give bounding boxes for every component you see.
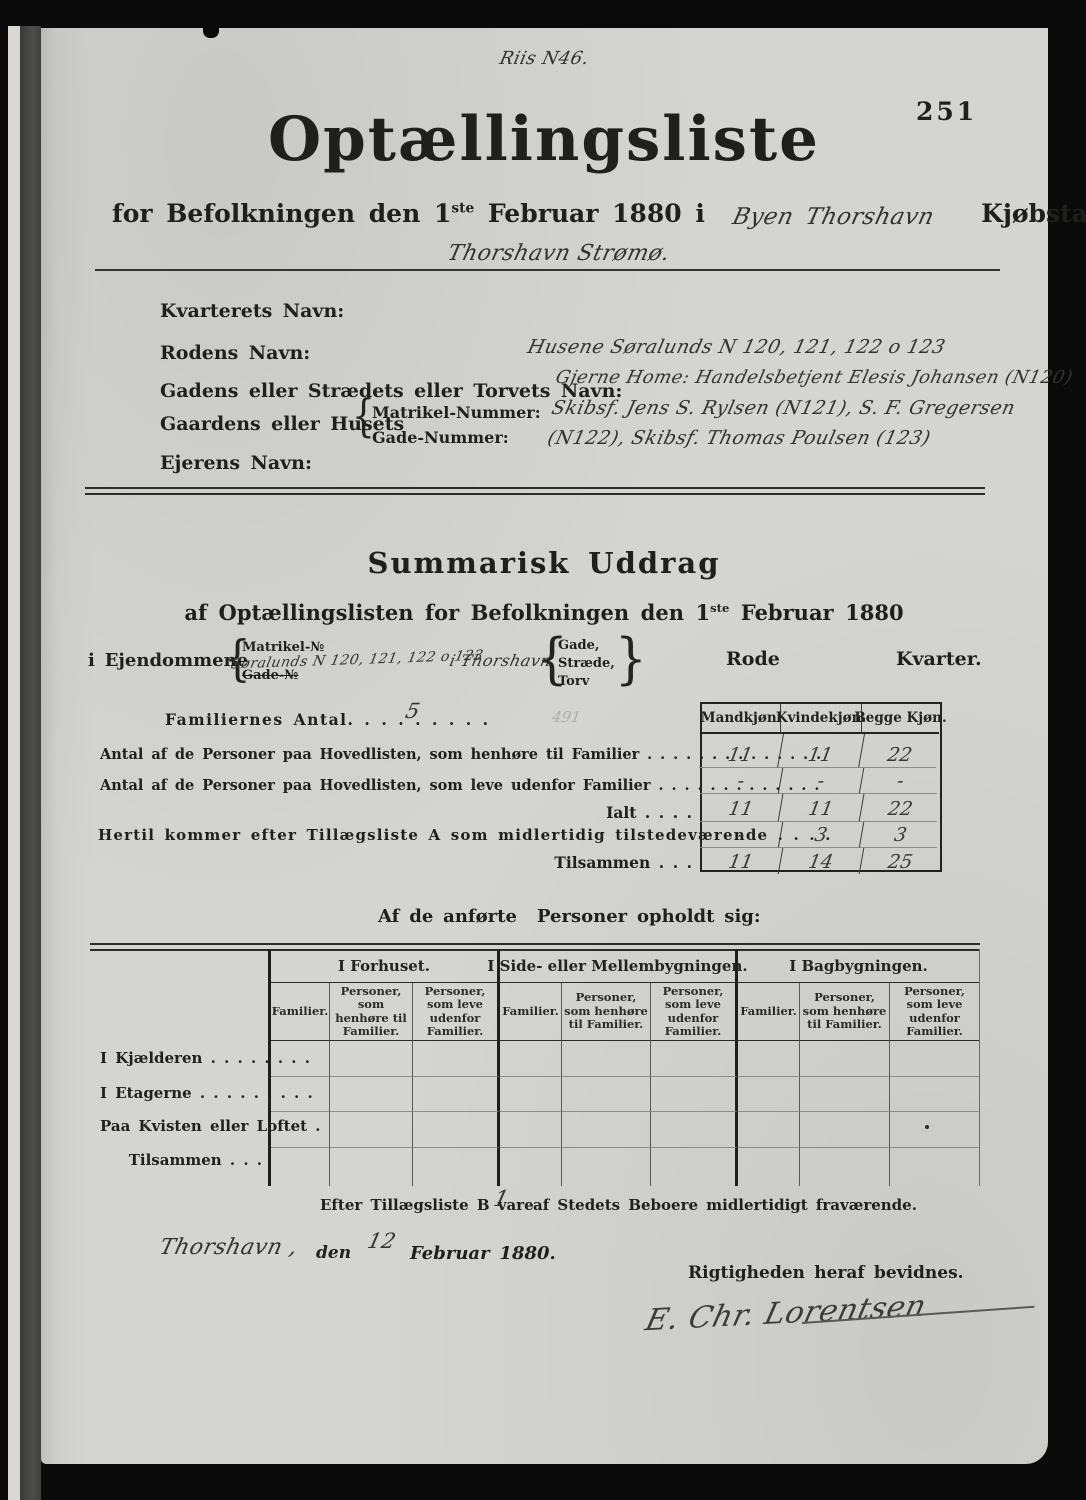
empty-cell <box>651 1041 738 1077</box>
row-familiernes-antal: Familiernes Antal. . . . . . . . . <box>165 710 490 729</box>
col-header-begge-kjoen: Begge Kjøn. <box>862 704 939 734</box>
bleed-through-mark: 491 <box>550 708 582 726</box>
empty-cell <box>500 1041 562 1077</box>
empty-cell <box>738 1148 800 1186</box>
empty-cell <box>890 1077 979 1112</box>
address-handwriting-line1: Husene Søralunds N 120, 121, 122 o 123 <box>525 336 947 358</box>
row-ialt: Ialt . . . . <box>540 803 692 822</box>
empty-cell <box>562 1077 651 1112</box>
brace-item-torv: Torv <box>558 673 615 691</box>
brace-item-straede: Stræde, <box>558 655 615 673</box>
table-cell: - <box>700 822 784 848</box>
table-cell: 22 <box>860 794 942 822</box>
subcol-familier: Familier. <box>738 983 800 1041</box>
empty-cell <box>738 1112 800 1148</box>
attestation-text: Rigtigheden heraf bevidnes. <box>688 1263 964 1283</box>
table-cell: 11 <box>700 794 784 822</box>
header-rule <box>95 269 1000 271</box>
table-cell: - <box>860 768 942 794</box>
subtitle-line: for Befolkningen den 1ste Februar 1880 i… <box>112 199 1086 228</box>
empty-cell <box>413 1112 500 1148</box>
table-cell: - <box>700 768 784 794</box>
empty-cell <box>890 1112 979 1148</box>
empty-cell <box>500 1112 562 1148</box>
label-februar-1880: Februar 1880. <box>410 1243 556 1264</box>
table-cell: 11 <box>778 734 865 768</box>
section-divider-rule <box>85 487 985 495</box>
subtitle-pre: for Befolkningen den 1 <box>112 199 451 228</box>
empty-cell <box>738 1077 800 1112</box>
table-cell: 14 <box>779 848 865 874</box>
empty-cell <box>330 1041 413 1077</box>
summary-sub-pre: af Optællingslisten for Befolkningen den… <box>184 600 710 625</box>
book-binding-dark-strip <box>20 26 41 1500</box>
subtitle-mid: Februar 1880 i <box>474 199 705 228</box>
gade-braace-list: Gade, Stræde, Torv <box>558 637 615 691</box>
address-handwriting-line2: Gjerne Home: Handelsbetjent Elesis Johan… <box>554 367 1075 388</box>
label-rode: Rode <box>726 648 780 670</box>
table-cell: - <box>779 768 865 794</box>
form-title: Optællingsliste <box>40 104 1048 175</box>
scan-edge-artifact <box>203 26 219 38</box>
empty-cell <box>330 1112 413 1148</box>
subcol-familier: Familier. <box>271 983 330 1041</box>
place-handwriting: Thorshavn Strømø. <box>445 241 672 266</box>
ophold-line-b: Personer opholdt sig: <box>537 906 761 927</box>
archival-note-handwriting: Riis N46. <box>498 48 592 69</box>
address-handwriting-line3: Skibsf. Jens S. Rylsen (N121), S. F. Gre… <box>549 397 1017 419</box>
empty-cell <box>562 1041 651 1077</box>
empty-cell <box>413 1041 500 1077</box>
row-label-tilsammen: Tilsammen . . . <box>120 1151 262 1169</box>
empty-cell <box>271 1148 330 1186</box>
ophold-line-a: Af de anførte <box>378 906 517 927</box>
census-form-scan: Riis N46. 251 Optællingsliste for Befolk… <box>0 0 1086 1500</box>
address-handwriting-line4: (N122), Skibsf. Thomas Poulsen (123) <box>545 427 932 449</box>
group-header-mellembygningen: I Side- eller Mellembygningen. <box>500 949 738 983</box>
empty-cell <box>562 1112 651 1148</box>
empty-cell <box>890 1041 979 1077</box>
empty-cell <box>800 1077 890 1112</box>
label-gade-nummer: Gade-Nummer: <box>372 428 509 447</box>
empty-cell <box>500 1077 562 1112</box>
label-matrikel-nummer: Matrikel-Nummer: <box>372 403 541 422</box>
summary-sub-post: Februar 1880 <box>729 600 903 625</box>
empty-cell <box>562 1148 651 1186</box>
label-kvarterets-navn: Kvarterets Navn: <box>160 300 344 322</box>
summary-sub-ordinal: ste <box>710 601 729 615</box>
gade-close-brace: } <box>615 627 647 691</box>
label-ejerens-navn: Ejerens Navn: <box>160 452 312 474</box>
subcol-udenfor: Personer, som leve udenfor Familier. <box>413 983 500 1041</box>
summary-heading: Summarisk Uddrag <box>40 546 1048 580</box>
table-cell: 3 <box>860 822 942 848</box>
book-binding-light-strip <box>8 26 20 1500</box>
table-cell: 25 <box>860 848 942 874</box>
summary-table: Mandkjøn. Kvindekjøn. Begge Kjøn. 11 11 … <box>700 702 942 872</box>
row-label-kjaelderen: I Kjælderen . . . . . . . . <box>100 1049 310 1067</box>
table-cell: 11 <box>779 794 865 822</box>
subcol-henhoere: Personer, som henhøre til Familier. <box>330 983 413 1041</box>
table-cell: 11 <box>699 734 784 768</box>
row-label-kvisten-loftet: Paa Kvisten eller Loftet . <box>100 1117 321 1135</box>
tillaeg-b-post: af Stedets Beboere midlertidigt fraværen… <box>533 1196 917 1214</box>
group-header-forhuset: I Forhuset. <box>271 949 500 983</box>
empty-cell <box>413 1077 500 1112</box>
empty-cell <box>800 1041 890 1077</box>
empty-cell <box>890 1148 979 1186</box>
empty-cell <box>738 1041 800 1077</box>
row-tilsammen: Tilsammen . . . <box>540 853 692 872</box>
date-day-handwriting: 12 <box>365 1229 398 1253</box>
col-header-mandkjoen: Mandkjøn. <box>702 704 781 734</box>
subcol-henhoere: Personer, som henhøre til Familier. <box>800 983 890 1041</box>
subcol-henhoere: Personer, som henhøre til Familier. <box>562 983 651 1041</box>
empty-cell <box>413 1148 500 1186</box>
label-rodens-navn: Rodens Navn: <box>160 342 310 364</box>
empty-cell <box>330 1148 413 1186</box>
empty-cell <box>800 1148 890 1186</box>
subtitle-post: Kjøbstad. <box>981 199 1086 228</box>
label-den: den <box>316 1243 351 1263</box>
empty-cell <box>330 1077 413 1112</box>
empty-cell <box>651 1148 738 1186</box>
date-place-handwriting: Thorshavn , <box>157 1235 300 1260</box>
table-cell: 22 <box>859 734 942 768</box>
table-cell: 3 <box>779 822 865 848</box>
subcol-familier: Familier. <box>500 983 562 1041</box>
row-label-etagerne: I Etagerne . . . . . . . . . <box>100 1084 313 1102</box>
empty-cell <box>651 1077 738 1112</box>
ink-speck <box>592 130 597 135</box>
group-header-bagbygningen: I Bagbygningen. <box>738 949 979 983</box>
subcol-udenfor: Personer, som leve udenfor Familier. <box>890 983 979 1041</box>
empty-cell <box>800 1112 890 1148</box>
col-header-kvindekjoen: Kvindekjøn. <box>781 704 862 734</box>
brace-item-gade: Gade, <box>558 637 615 655</box>
town-handwriting: Byen Thorshavn <box>730 204 937 230</box>
table-cell: 11 <box>700 848 784 874</box>
summary-subheading: af Optællingslisten for Befolkningen den… <box>40 600 1048 625</box>
ink-speck <box>925 1125 929 1129</box>
empty-cell <box>500 1148 562 1186</box>
subcol-udenfor: Personer, som leve udenfor Familier. <box>651 983 738 1041</box>
empty-cell <box>651 1112 738 1148</box>
label-kvarter: Kvarter. <box>896 648 982 670</box>
building-table: I Forhuset. I Side- eller Mellembygninge… <box>268 949 980 1186</box>
subtitle-ordinal: ste <box>451 201 474 217</box>
